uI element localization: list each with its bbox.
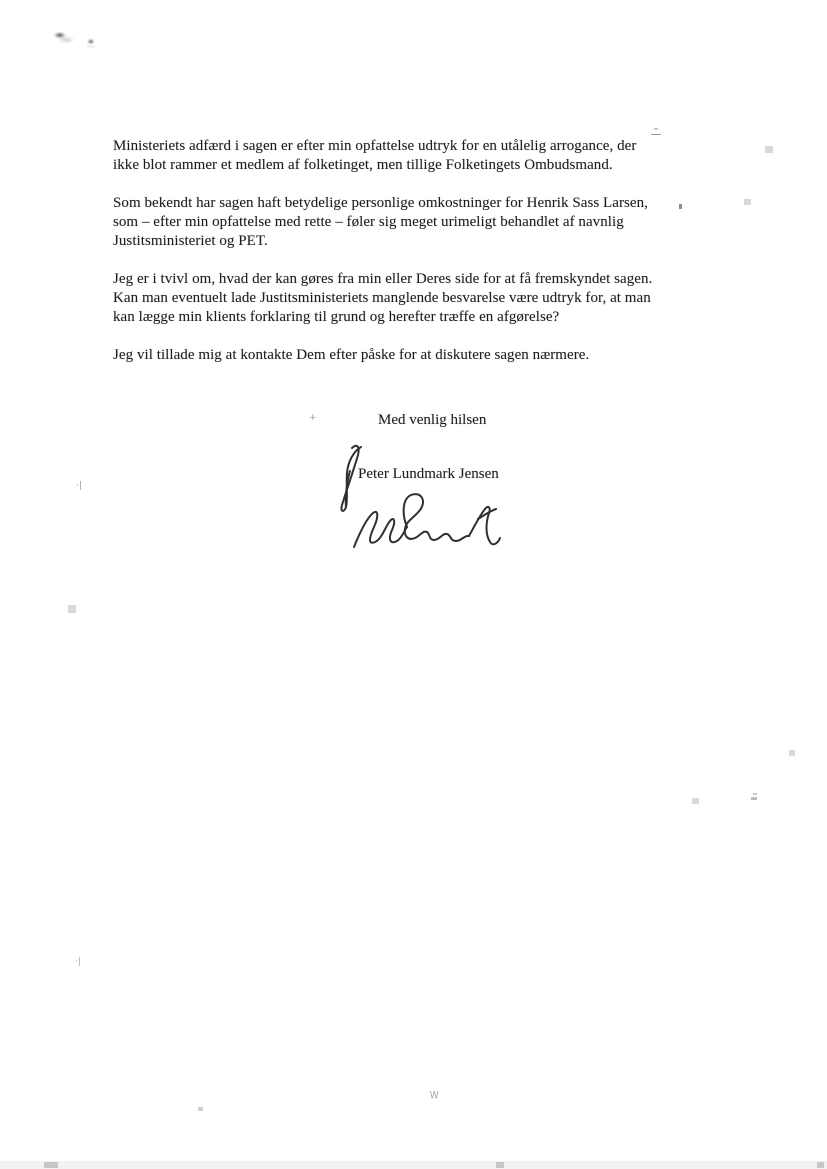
paragraph-line: ikke blot rammer et medlem af folketinge… <box>113 156 698 175</box>
scanner-edge-mark <box>817 1162 824 1168</box>
paragraph-line: kan lægge min klients forklaring til gru… <box>113 308 698 327</box>
scanner-edge-band <box>0 1161 827 1169</box>
scan-artifact: W <box>430 1090 439 1101</box>
scan-artifact: + <box>309 414 317 423</box>
scan-artifact: ·| <box>76 482 82 491</box>
signature-name: Peter Lundmark Jensen <box>358 466 499 483</box>
paragraph: Som bekendt har sagen haft betydelige pe… <box>113 194 698 251</box>
scanner-edge-mark <box>44 1162 58 1168</box>
paragraph-line: Jeg er i tvivl om, hvad der kan gøres fr… <box>113 270 698 289</box>
scan-smudge-icon <box>52 28 78 46</box>
scan-artifact <box>789 750 795 756</box>
paragraph: Jeg er i tvivl om, hvad der kan gøres fr… <box>113 270 698 327</box>
letter-body: Ministeriets adfærd i sagen er efter min… <box>113 137 698 384</box>
paragraph: Jeg vil tillade mig at kontakte Dem efte… <box>113 346 698 365</box>
scan-smudge-icon <box>85 36 98 50</box>
closing-salutation: Med venlig hilsen <box>378 412 486 429</box>
scan-artifact <box>198 1107 203 1111</box>
scanned-letter-page: Ministeriets adfærd i sagen er efter min… <box>0 0 827 1169</box>
paragraph-line: som – efter min opfattelse med rette – f… <box>113 213 698 232</box>
handwritten-signature <box>330 435 530 565</box>
scanner-edge-mark <box>496 1162 504 1168</box>
scan-artifact <box>753 793 757 795</box>
scan-artifact <box>68 605 76 613</box>
paragraph-line: Ministeriets adfærd i sagen er efter min… <box>113 137 698 156</box>
scan-artifact <box>744 199 751 205</box>
scan-artifact <box>651 126 661 135</box>
paragraph-line: Jeg vil tillade mig at kontakte Dem efte… <box>113 346 698 365</box>
paragraph-line: Som bekendt har sagen haft betydelige pe… <box>113 194 698 213</box>
scan-artifact <box>765 146 773 153</box>
paragraph-line: Justitsministeriet og PET. <box>113 232 698 251</box>
scan-artifact <box>692 798 699 804</box>
scan-artifact <box>751 797 757 800</box>
paragraph-line: Kan man eventuelt lade Justitsministerie… <box>113 289 698 308</box>
paragraph: Ministeriets adfærd i sagen er efter min… <box>113 137 698 175</box>
scan-artifact: ·| <box>75 958 81 967</box>
